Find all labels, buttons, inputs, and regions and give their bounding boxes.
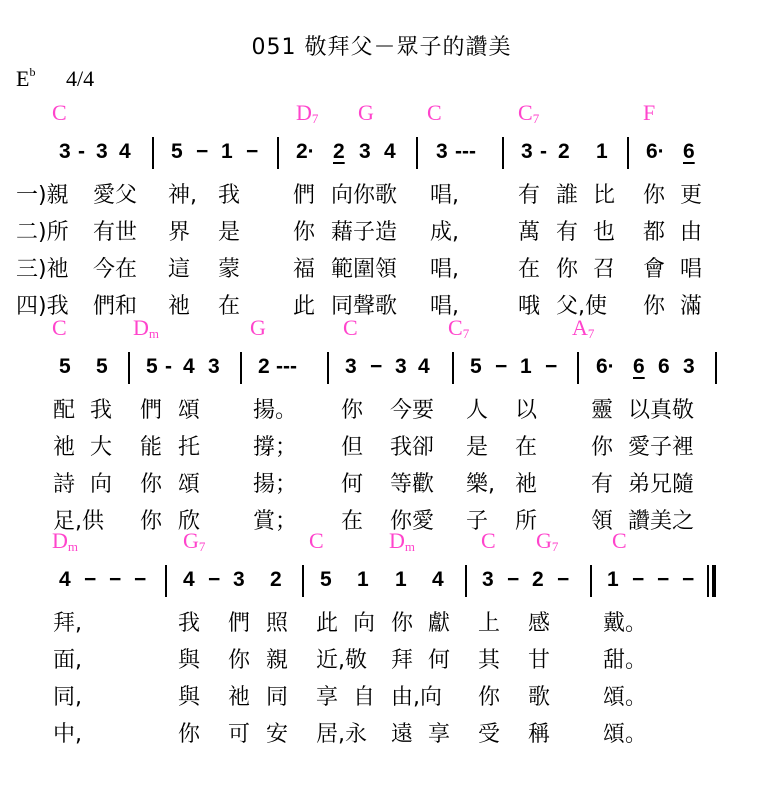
- chord-symbol: Dm: [133, 315, 159, 342]
- jianpu-note: −: [495, 355, 507, 379]
- jianpu-note: ---: [276, 355, 297, 379]
- lyric-verse-1: 我: [218, 178, 240, 209]
- jianpu-note: 4: [119, 140, 131, 164]
- lyric-verse-3: 在: [518, 252, 540, 283]
- lyric-verse-1: 向: [353, 606, 375, 637]
- jianpu-note: 2: [258, 355, 270, 379]
- lyric-verse-3: 有: [591, 467, 613, 498]
- jianpu-note: 3: [482, 568, 494, 592]
- time-signature: 4/4: [66, 66, 94, 92]
- jianpu-note: 4: [183, 568, 195, 592]
- lyric-verse-3: 由,向: [391, 680, 442, 711]
- jianpu-note: 6·: [596, 355, 615, 379]
- lyric-verse-1: 更: [680, 178, 702, 209]
- chord-symbol: C: [427, 100, 442, 126]
- lyric-verse-2: 親: [266, 643, 288, 674]
- jianpu-note: −: [657, 568, 669, 592]
- jianpu-note: −: [109, 568, 121, 592]
- barline: [277, 137, 279, 169]
- lyric-verse-4: 居,永: [316, 717, 367, 748]
- lyric-verse-3: 同,: [53, 680, 82, 711]
- jianpu-note: 1: [607, 568, 619, 592]
- chord-symbol: C: [343, 315, 358, 341]
- jianpu-note: 1: [596, 140, 608, 164]
- lyric-verse-1: 唱,: [430, 178, 459, 209]
- lyric-verse-3: 弟兄隨: [628, 467, 694, 498]
- lyric-verse-2: 界: [168, 215, 190, 246]
- lyric-verse-2: 面,: [53, 643, 82, 674]
- lyric-verse-4: 享: [428, 717, 450, 748]
- lyric-verse-3: 召: [593, 252, 615, 283]
- chord-quality: m: [149, 326, 159, 341]
- lyric-verse-2: 有: [556, 215, 578, 246]
- lyric-verse-2: 愛子裡: [628, 430, 694, 461]
- lyric-verse-2: 是: [218, 215, 240, 246]
- jianpu-note: −: [557, 568, 569, 592]
- jianpu-note: 2·: [296, 140, 315, 164]
- lyric-verse-4: 稱: [528, 717, 550, 748]
- jianpu-note: −: [632, 568, 644, 592]
- lyric-verse-2: 成,: [430, 215, 459, 246]
- key-note: E: [16, 66, 29, 91]
- lyric-verse-4: 安: [266, 717, 288, 748]
- lyric-verse-4: 此: [293, 289, 315, 320]
- jianpu-note: −: [545, 355, 557, 379]
- jianpu-note: 3: [345, 355, 357, 379]
- jianpu-note: 4: [59, 568, 71, 592]
- lyric-verse-1: 上: [478, 606, 500, 637]
- jianpu-note: 4: [418, 355, 430, 379]
- jianpu-note: 4: [384, 140, 396, 164]
- lyric-verse-2: 甜。: [603, 643, 647, 674]
- key-accidental: b: [29, 65, 35, 79]
- lyric-verse-3: 祂: [515, 467, 537, 498]
- lyric-verse-4: 哦: [518, 289, 540, 320]
- lyric-verse-3: 唱,: [430, 252, 459, 283]
- barline: [590, 565, 592, 597]
- lyric-verse-2: 萬: [518, 215, 540, 246]
- lyric-verse-3: 三)祂: [16, 252, 69, 283]
- lyric-verse-3: 唱: [680, 252, 702, 283]
- lyric-verse-1: 們: [228, 606, 250, 637]
- lyric-verse-1: 們: [293, 178, 315, 209]
- lyric-verse-3: 歌: [528, 680, 550, 711]
- lyric-verse-1: 一)親: [16, 178, 69, 209]
- lyric-verse-2: 也: [593, 215, 615, 246]
- jianpu-note: −: [84, 568, 96, 592]
- lyric-verse-4: 你: [140, 504, 162, 535]
- lyric-verse-1: 照: [266, 606, 288, 637]
- jianpu-note: −: [370, 355, 382, 379]
- lyric-verse-3: 範圍領: [331, 252, 397, 283]
- barline: [165, 565, 167, 597]
- lyric-verse-3: 詩: [53, 467, 75, 498]
- jianpu-note: 5: [470, 355, 482, 379]
- lyric-verse-1: 你: [391, 606, 413, 637]
- lyric-verse-4: 在: [341, 504, 363, 535]
- lyric-verse-2: 藉子造: [331, 215, 397, 246]
- lyric-verse-4: 中,: [53, 717, 82, 748]
- chord-symbol: G7: [536, 528, 558, 555]
- lyric-verse-1: 向你歌: [331, 178, 397, 209]
- jianpu-note: 6: [658, 355, 670, 379]
- lyric-verse-1: 揚。: [253, 393, 297, 424]
- jianpu-note: 2: [558, 140, 570, 164]
- lyric-verse-4: 祂: [168, 289, 190, 320]
- jianpu-note: −: [208, 568, 220, 592]
- lyric-verse-3: 頌。: [603, 680, 647, 711]
- song-title: 051 敬拜父－眾子的讚美: [0, 30, 763, 61]
- lyric-verse-1: 配: [53, 393, 75, 424]
- barline: [577, 352, 579, 384]
- jianpu-note: 1: [395, 568, 407, 592]
- lyric-verse-3: 祂: [228, 680, 250, 711]
- lyric-verse-2: 近,敬: [316, 643, 367, 674]
- chord-symbol: C7: [448, 315, 469, 342]
- lyric-verse-1: 以真敬: [628, 393, 694, 424]
- lyric-verse-1: 拜,: [53, 606, 82, 637]
- lyric-verse-2: 你: [293, 215, 315, 246]
- barline: [240, 352, 242, 384]
- chord-symbol: D7: [296, 100, 318, 127]
- jianpu-note: 6: [683, 140, 695, 164]
- jianpu-note: -: [540, 140, 547, 164]
- key-signature: Eb: [16, 66, 35, 92]
- lyric-verse-3: 你: [140, 467, 162, 498]
- jianpu-note: −: [682, 568, 694, 592]
- jianpu-note: 5: [96, 355, 108, 379]
- lyric-verse-4: 們和: [93, 289, 137, 320]
- barline: [416, 137, 418, 169]
- lyric-verse-4: 你: [643, 289, 665, 320]
- lyric-verse-1: 此: [316, 606, 338, 637]
- chord-quality: 7: [199, 539, 206, 554]
- barline: [452, 352, 454, 384]
- lyric-verse-4: 你: [178, 717, 200, 748]
- lyric-verse-1: 愛父: [93, 178, 137, 209]
- lyric-verse-1: 你: [341, 393, 363, 424]
- lyric-verse-3: 自: [353, 680, 375, 711]
- jianpu-note: −: [246, 140, 258, 164]
- chord-symbol: F: [643, 100, 655, 126]
- lyric-verse-3: 這: [168, 252, 190, 283]
- lyric-verse-2: 我卻: [390, 430, 434, 461]
- jianpu-note: 2: [333, 140, 345, 164]
- lyric-verse-4: 同聲歌: [331, 289, 397, 320]
- lyric-verse-4: 所: [515, 504, 537, 535]
- chord-quality: m: [68, 539, 78, 554]
- lyric-verse-1: 感: [528, 606, 550, 637]
- lyric-verse-2: 你: [591, 430, 613, 461]
- chord-quality: 7: [463, 326, 470, 341]
- lyric-verse-1: 神,: [168, 178, 197, 209]
- lyric-verse-1: 頌: [178, 393, 200, 424]
- lyric-verse-2: 拜: [391, 643, 413, 674]
- lyric-verse-4: 受: [478, 717, 500, 748]
- jianpu-note: 1: [520, 355, 532, 379]
- chord-symbol: C: [481, 528, 496, 554]
- chord-symbol: C: [52, 100, 67, 126]
- jianpu-note: 5: [146, 355, 158, 379]
- lyric-verse-4: 頌。: [603, 717, 647, 748]
- jianpu-note: 3: [436, 140, 448, 164]
- lyric-verse-2: 都: [643, 215, 665, 246]
- lyric-verse-3: 何: [341, 467, 363, 498]
- lyric-verse-1: 以: [515, 393, 537, 424]
- lyric-verse-2: 其: [478, 643, 500, 674]
- jianpu-note: −: [196, 140, 208, 164]
- lyric-verse-3: 享: [316, 680, 338, 711]
- jianpu-note: 3: [395, 355, 407, 379]
- chord-quality: 7: [312, 111, 319, 126]
- lyric-verse-2: 能: [140, 430, 162, 461]
- jianpu-note: ---: [455, 140, 476, 164]
- jianpu-note: 5: [171, 140, 183, 164]
- barline: [327, 352, 329, 384]
- barline: [302, 565, 304, 597]
- lyric-verse-3: 樂,: [466, 467, 495, 498]
- lyric-verse-2: 是: [466, 430, 488, 461]
- lyric-verse-1: 比: [593, 178, 615, 209]
- lyric-verse-4: 領: [591, 504, 613, 535]
- lyric-verse-3: 福: [293, 252, 315, 283]
- lyric-verse-2: 在: [515, 430, 537, 461]
- lyric-verse-3: 與: [178, 680, 200, 711]
- lyric-verse-4: 滿: [680, 289, 702, 320]
- lyric-verse-2: 何: [428, 643, 450, 674]
- barline: [715, 352, 717, 384]
- lyric-verse-4: 可: [228, 717, 250, 748]
- lyric-verse-4: 讚美之: [628, 504, 694, 535]
- jianpu-note: 6: [633, 355, 645, 379]
- lyric-verse-2: 撐；: [253, 430, 297, 461]
- lyric-verse-4: 賞；: [253, 504, 297, 535]
- jianpu-note: 2: [270, 568, 282, 592]
- jianpu-note: 3: [683, 355, 695, 379]
- lyric-verse-2: 你: [228, 643, 250, 674]
- jianpu-note: 3: [59, 140, 71, 164]
- barline: [128, 352, 130, 384]
- barline: [627, 137, 629, 169]
- chord-symbol: Dm: [389, 528, 415, 555]
- jianpu-note: 1: [357, 568, 369, 592]
- jianpu-note: 3: [96, 140, 108, 164]
- lyric-verse-1: 我: [90, 393, 112, 424]
- chord-quality: m: [405, 539, 415, 554]
- lyric-verse-3: 同: [266, 680, 288, 711]
- jianpu-note: 3: [233, 568, 245, 592]
- jianpu-note: −: [507, 568, 519, 592]
- barline: [465, 565, 467, 597]
- jianpu-note: −: [134, 568, 146, 592]
- jianpu-note: 5: [59, 355, 71, 379]
- lyric-verse-1: 今要: [390, 393, 434, 424]
- lyric-verse-3: 會: [643, 252, 665, 283]
- lyric-verse-3: 頌: [178, 467, 200, 498]
- chord-symbol: C7: [518, 100, 539, 127]
- lyric-verse-2: 甘: [528, 643, 550, 674]
- jianpu-note: -: [165, 355, 172, 379]
- jianpu-note: 4: [432, 568, 444, 592]
- lyric-verse-2: 托: [178, 430, 200, 461]
- jianpu-note: 3: [521, 140, 533, 164]
- lyric-verse-1: 們: [140, 393, 162, 424]
- lyric-verse-2: 但: [341, 430, 363, 461]
- lyric-verse-2: 由: [680, 215, 702, 246]
- lyric-verse-4: 遠: [391, 717, 413, 748]
- lyric-verse-1: 戴。: [603, 606, 647, 637]
- lyric-verse-2: 祂: [53, 430, 75, 461]
- lyric-verse-3: 今在: [93, 252, 137, 283]
- jianpu-note: 6·: [646, 140, 665, 164]
- lyric-verse-2: 有世: [93, 215, 137, 246]
- lyric-verse-3: 蒙: [218, 252, 240, 283]
- barline: [502, 137, 504, 169]
- chord-symbol: A7: [572, 315, 594, 342]
- jianpu-note: 2: [532, 568, 544, 592]
- chord-quality: 7: [552, 539, 559, 554]
- barline: [152, 137, 154, 169]
- chord-symbol: C: [52, 315, 67, 341]
- chord-symbol: G7: [183, 528, 205, 555]
- lyric-verse-3: 你: [556, 252, 578, 283]
- jianpu-note: 4: [183, 355, 195, 379]
- chord-symbol: G: [358, 100, 374, 126]
- lyric-verse-1: 你: [643, 178, 665, 209]
- jianpu-note: 5: [320, 568, 332, 592]
- lyric-verse-2: 大: [90, 430, 112, 461]
- lyric-verse-1: 獻: [428, 606, 450, 637]
- chord-symbol: Dm: [52, 528, 78, 555]
- lyric-verse-3: 向: [90, 467, 112, 498]
- lyric-verse-1: 有: [518, 178, 540, 209]
- chord-symbol: C: [309, 528, 324, 554]
- lyric-verse-4: 在: [218, 289, 240, 320]
- lyric-verse-1: 我: [178, 606, 200, 637]
- lyric-verse-1: 人: [466, 393, 488, 424]
- jianpu-note: 3: [208, 355, 220, 379]
- lyric-verse-3: 等歡: [390, 467, 434, 498]
- chord-symbol: C: [612, 528, 627, 554]
- chord-quality: 7: [533, 111, 540, 126]
- jianpu-note: 3: [359, 140, 371, 164]
- lyric-verse-2: 與: [178, 643, 200, 674]
- jianpu-note: -: [78, 140, 85, 164]
- chord-symbol: G: [250, 315, 266, 341]
- jianpu-note: 1: [221, 140, 233, 164]
- lyric-verse-3: 你: [478, 680, 500, 711]
- chord-quality: 7: [588, 326, 595, 341]
- lyric-verse-3: 揚；: [253, 467, 297, 498]
- lyric-verse-1: 靈: [591, 393, 613, 424]
- lyric-verse-1: 誰: [556, 178, 578, 209]
- lyric-verse-2: 二)所: [16, 215, 69, 246]
